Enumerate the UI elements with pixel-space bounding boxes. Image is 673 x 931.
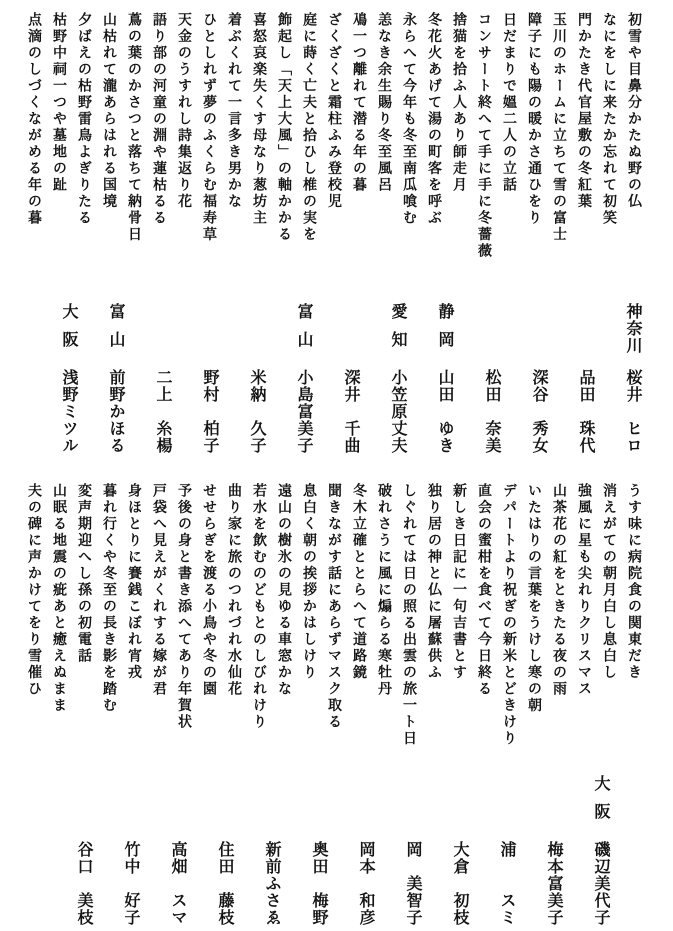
author-entry: 大倉 初枝 — [451, 775, 467, 931]
author-name: 小笠原丈夫 — [389, 369, 406, 454]
poem-column: 玉川のホームに立ちて雪の富士 — [551, 12, 565, 303]
poem-column: 遠山の樹氷の見ゆる車窓かな — [276, 483, 290, 775]
author-entry: 岡 美智子 — [404, 775, 420, 931]
poem-column: 曲り家に旅のつれづれ水仙花 — [226, 483, 240, 775]
author-entry: 新前ふさゑ — [263, 775, 279, 931]
author-entry: 住田 藤枝 — [216, 775, 232, 931]
author-name: 前野かほる — [107, 369, 124, 454]
prefecture-label: 大阪 — [592, 775, 608, 841]
author-entry: 深井 千曲 — [342, 303, 358, 455]
poem-column: 強風に星も尖れりクリスマス — [576, 483, 590, 775]
author-entry: 梅本富美子 — [545, 775, 561, 931]
poem-column: せせらぎを渡る小鳥や冬の園 — [201, 483, 215, 775]
author-name: 奥田 梅野 — [310, 841, 327, 926]
top-poems-block: 初雪や目鼻分かたぬ野の仏 なにをしに来たか忘れて初笑 門かたき代官屋敷の冬紅葉 … — [0, 12, 673, 303]
author-entry: 富山前野かほる — [107, 303, 123, 455]
poem-column: 新しき日記に一句吉書とす — [451, 483, 465, 775]
poem-column: 暮れ行くや冬至の長き影を踏む — [101, 483, 115, 775]
author-name: 新前ふさゑ — [263, 841, 280, 926]
poem-column: 山茶花の紅をときたる夜の雨 — [551, 483, 565, 775]
poem-column: 飾起し「天上大風」の軸かかる — [276, 12, 290, 303]
poem-column: 破れさうに風に煽らる寒牡丹 — [376, 483, 390, 775]
author-name: 野村 柏子 — [201, 369, 218, 454]
author-name: 浅野ミツル — [60, 369, 77, 454]
author-entry: 神奈川桜井 ヒロ — [624, 303, 640, 455]
author-entry: 二上 糸楊 — [154, 303, 170, 455]
poem-column: 聞きながす話にあらずマスク取る — [326, 483, 340, 775]
author-name: 岡 美智子 — [404, 841, 421, 926]
poem-column: 独り居の神と仏に屠蘇供ふ — [426, 483, 440, 775]
author-name: 松田 奈美 — [483, 369, 500, 454]
poem-column: 冬木立確ととらへて道路鏡 — [351, 483, 365, 775]
prefecture-label: 静岡 — [436, 303, 452, 369]
poem-column: 変声期迎へし孫の初電話 — [76, 483, 90, 775]
prefecture-label: 愛知 — [389, 303, 405, 369]
poem-column: 門かたき代官屋敷の冬紅葉 — [576, 12, 590, 303]
author-entry: 岡本 和彦 — [357, 775, 373, 931]
poem-column: 夕ばえの枯野雷鳥よぎりたる — [76, 12, 90, 303]
magazine-page: 初雪や目鼻分かたぬ野の仏 なにをしに来たか忘れて初笑 門かたき代官屋敷の冬紅葉 … — [0, 0, 673, 931]
poem-column: 枯野中祠一つや墓地の趾 — [51, 12, 65, 303]
poem-column: デパートより祝ぎの新米とどきけり — [501, 483, 515, 775]
author-name: 磯辺美代子 — [592, 841, 609, 926]
author-name: 住田 藤枝 — [216, 841, 233, 926]
poem-column: 捨猫を拾ふ人あり師走月 — [451, 12, 465, 303]
section-divider-space — [0, 455, 673, 483]
poem-column: 日だまりで媼二人の立話 — [501, 12, 515, 303]
author-name: 二上 糸楊 — [154, 369, 171, 454]
poem-column: 初雪や目鼻分かたぬ野の仏 — [626, 12, 640, 303]
poem-column: うす味に病院食の関東だき — [626, 483, 640, 775]
poem-column: ざくざくと霜柱ふみ登校児 — [326, 12, 340, 303]
poem-column: 天金のうすれし詩集返り花 — [176, 12, 190, 303]
poem-column: 語り部の河童の淵や蓮枯るる — [151, 12, 165, 303]
author-name: 浦 スミ — [498, 841, 515, 926]
author-entry: 品田 珠代 — [577, 303, 593, 455]
prefecture-label: 大阪 — [60, 303, 76, 369]
poem-column: 永らへて今年も冬至南瓜喰む — [401, 12, 415, 303]
bottom-poems-block: うす味に病院食の関東だき 消えがての朝月白し息白し 強風に星も尖れりクリスマス … — [0, 483, 673, 775]
poem-column: なにをしに来たか忘れて初笑 — [601, 12, 615, 303]
author-name: 岡本 和彦 — [357, 841, 374, 926]
author-name: 山田 ゆき — [436, 369, 453, 454]
poem-column: コンサート終へて手に手に冬薔薇 — [476, 12, 490, 303]
poem-column: 蔦の葉のかさつと落ちて納骨日 — [126, 12, 140, 303]
author-entry: 富山小島富美子 — [295, 303, 311, 455]
poem-column: 山枯れて瀧あらはれる国境 — [101, 12, 115, 303]
poem-column: 障子にも陽の暖かさ通ひをり — [526, 12, 540, 303]
poem-column: 身ほとりに賽銭こぼれ宵戎 — [126, 483, 140, 775]
poem-column: 喜怒哀楽失くす母なり葱坊主 — [251, 12, 265, 303]
author-entry: 高畑 スマ — [169, 775, 185, 931]
author-entry: 竹中 好子 — [122, 775, 138, 931]
author-entry: 松田 奈美 — [483, 303, 499, 455]
author-name: 品田 珠代 — [577, 369, 594, 454]
author-name: 谷口 美枝 — [75, 841, 92, 926]
author-entry: 大阪磯辺美代子 — [592, 775, 608, 931]
poem-column: 着ぶくれて一言多き男かな — [226, 12, 240, 303]
poem-column: ひとしれず夢のふくらむ福寿草 — [201, 12, 215, 303]
author-entry: 奥田 梅野 — [310, 775, 326, 931]
poem-column: 点滴のしづくながめる年の暮 — [26, 12, 40, 303]
author-entry: 浦 スミ — [498, 775, 514, 931]
author-entry: 静岡山田 ゆき — [436, 303, 452, 455]
author-entry: 米納 久子 — [248, 303, 264, 455]
author-name: 小島富美子 — [295, 369, 312, 454]
author-name: 梅本富美子 — [545, 841, 562, 926]
poem-column: 恙なき余生賜り冬至風呂 — [376, 12, 390, 303]
poem-column: しぐれては日の照る出雲の旅一ト日 — [401, 483, 415, 775]
author-entry: 愛知小笠原丈夫 — [389, 303, 405, 455]
author-name: 桜井 ヒロ — [624, 369, 641, 454]
author-name: 竹中 好子 — [122, 841, 139, 926]
poem-column: 夫の碑に声かけてをり雪催ひ — [26, 483, 40, 775]
poem-column: 予後の身と書き添へてあり年賀状 — [176, 483, 190, 775]
author-entry: 深谷 秀女 — [530, 303, 546, 455]
author-entry: 野村 柏子 — [201, 303, 217, 455]
author-name: 深井 千曲 — [342, 369, 359, 454]
author-name: 深谷 秀女 — [530, 369, 547, 454]
poem-column: 鳰一つ離れて潜る年の暮 — [351, 12, 365, 303]
prefecture-label: 富山 — [295, 303, 311, 369]
poem-column: 息白く朝の挨拶かはしけり — [301, 483, 315, 775]
poem-column: いたはりの言葉をうけし寒の朝 — [526, 483, 540, 775]
top-authors-block: 神奈川桜井 ヒロ 品田 珠代 深谷 秀女 松田 奈美 静岡山田 ゆき 愛知小笠原… — [0, 303, 673, 455]
author-entry: 大阪浅野ミツル — [60, 303, 76, 455]
poem-column: 山眠る地震の疵あと癒えぬまま — [51, 483, 65, 775]
prefecture-label: 神奈川 — [624, 303, 640, 369]
poem-column: 戸袋へ見えがくれする嫁が君 — [151, 483, 165, 775]
poem-column: 若水を飲むのどもとのしびれけり — [251, 483, 265, 775]
author-entry: 谷口 美枝 — [75, 775, 91, 931]
prefecture-label: 富山 — [107, 303, 123, 369]
poem-column: 冬花火あげて湯の町客を呼ぶ — [426, 12, 440, 303]
poem-column: 直会の蜜柑を食べて今日終る — [476, 483, 490, 775]
author-name: 大倉 初枝 — [451, 841, 468, 926]
poem-column: 消えがての朝月白し息白し — [601, 483, 615, 775]
poem-column: 庭に蒔く亡夫と拾ひし椎の実を — [301, 12, 315, 303]
author-name: 米納 久子 — [248, 369, 265, 454]
author-name: 高畑 スマ — [169, 841, 186, 926]
bottom-authors-block: 大阪磯辺美代子 梅本富美子 浦 スミ 大倉 初枝 岡 美智子 岡本 和彦 奥田 … — [0, 775, 673, 931]
